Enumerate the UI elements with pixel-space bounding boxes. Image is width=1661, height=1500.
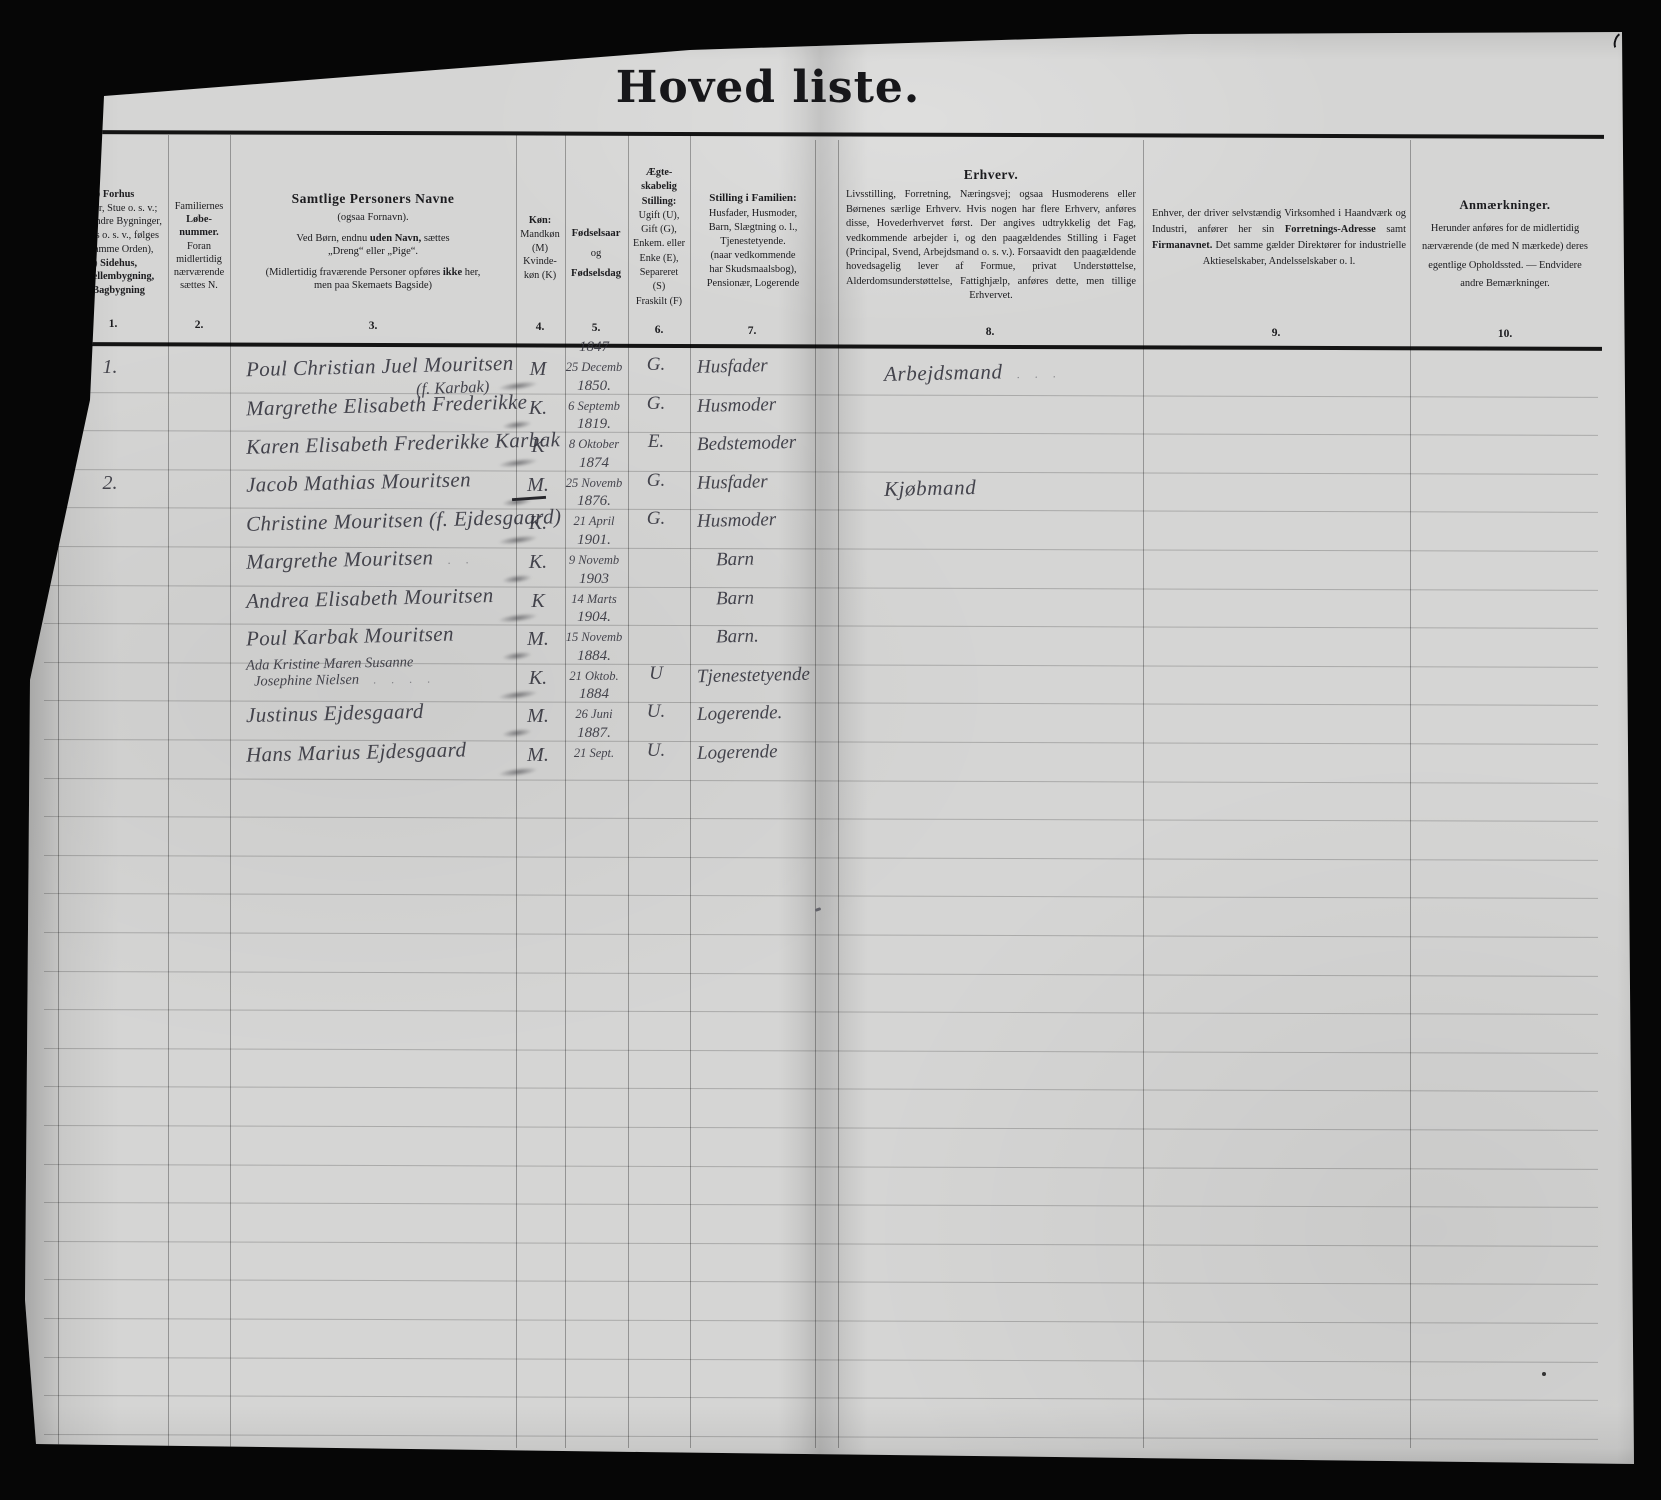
family-position: Barn: [716, 587, 754, 610]
header-cell-c5: FødselsaarogFødselsdag: [564, 224, 628, 284]
birth-year: 1887.: [562, 725, 626, 742]
scanned-census-page: Hoved liste. 1) Forhus(Kælder, Stue o. s…: [0, 0, 1661, 1500]
birth-date: 21 Oktob.: [560, 669, 628, 684]
header-cell-c6: Ægte-skabeligStilling:Ugift (U),Gift (G)…: [628, 166, 690, 309]
table-row: Margrethe Mouritsen. .K.1901.9 NovembBar…: [0, 546, 1661, 585]
sex-entry: K: [512, 590, 564, 613]
sex-entry: M.: [512, 705, 564, 728]
header-line: 4) Bagbygning: [62, 284, 164, 298]
birth-date: 21 Sept.: [560, 746, 628, 761]
row-line: [44, 1279, 1598, 1285]
table-row: Hans Marius EjdesgaardM.1887.21 Sept.U.L…: [0, 739, 1661, 778]
sex-entry: K: [512, 435, 564, 458]
birth-year: 1819.: [562, 416, 626, 433]
column-divider: [690, 135, 691, 1448]
sex-entry: K.: [512, 551, 564, 574]
header-line: den samme Orden),: [62, 243, 164, 257]
column-divider: [516, 135, 517, 1448]
column-divider: [628, 135, 629, 1448]
header-line: Gift (G),: [628, 223, 690, 237]
header-line: 3) Mellembygning,: [62, 270, 164, 284]
column-number: 1.: [91, 318, 135, 330]
table-row: 2.Jacob Mathias MouritsenM.187425 Novemb…: [0, 469, 1661, 508]
header-title: Samtlige Personers Navne: [240, 192, 506, 205]
column-number: 7.: [730, 325, 774, 337]
header-line: (Midlertidig fraværende Personer opføres…: [240, 266, 506, 279]
row-line: [44, 1318, 1598, 1324]
header-line: Enke (E),: [628, 252, 690, 266]
person-name-maiden: (f. Karbak): [416, 376, 490, 399]
header-line: (S): [628, 280, 690, 294]
person-name: Margrethe Mouritsen. .: [246, 544, 475, 575]
column-number: 6.: [637, 324, 681, 336]
row-line: [44, 893, 1598, 899]
ink-smudge: [502, 650, 533, 662]
family-position: Logerende: [697, 741, 778, 765]
row-line: [44, 1009, 1598, 1015]
header-line: Ved Børn, endnu uden Navn, sættes: [240, 232, 506, 245]
family-position: Logerende.: [697, 702, 783, 726]
header-line: og: [564, 244, 628, 264]
birth-year: 1847: [562, 339, 626, 356]
header-line: skabelig: [628, 180, 690, 194]
header-line: nærværende: [170, 266, 228, 279]
column-number: 4.: [518, 321, 562, 333]
column-divider: [168, 135, 169, 1448]
header-line: Ægte-: [628, 166, 690, 180]
row-line: [44, 1164, 1598, 1170]
header-line: Løbe-: [170, 213, 228, 226]
birth-year: 1884.: [562, 648, 626, 665]
header-line: midlertidig: [170, 253, 228, 266]
header-line: Fraskilt (F): [628, 295, 690, 309]
column-number: 2.: [177, 319, 221, 331]
header-body: Livsstilling, Forretning, Næringsvej; og…: [846, 188, 1136, 303]
family-position: Bedstemoder: [697, 432, 797, 456]
table-row: Poul Karbak MouritsenM.1904.15 NovembBar…: [0, 623, 1661, 662]
header-line: Tjenestetyende.: [691, 235, 815, 249]
table-row: Justinus EjdesgaardM.188426 JuniU.Logere…: [0, 700, 1661, 739]
birth-year: 1884: [562, 686, 626, 703]
header-line: Mandkøn: [514, 228, 566, 242]
header-cell-c8: Erhverv.Livsstilling, Forretning, Næring…: [846, 168, 1136, 304]
birth-year: 1874: [562, 455, 626, 472]
header-line: for de andre Bygninger,: [62, 215, 164, 229]
person-name: Jacob Mathias Mouritsen: [246, 467, 472, 497]
family-number: 1.: [86, 356, 134, 379]
sex-entry: M: [512, 358, 564, 381]
header-cell-c4: Køn:Mandkøn(M)Kvinde-køn (K): [514, 214, 566, 283]
header-line: har Skudsmaalsbog),: [691, 263, 815, 277]
occupation-entry: Kjøbmand: [884, 475, 977, 502]
row-line: [44, 971, 1598, 977]
header-line: Separeret: [628, 266, 690, 280]
header-line: Foran: [170, 240, 228, 253]
marital-status: U.: [626, 701, 686, 723]
marital-status: G.: [626, 470, 686, 492]
family-position: Husfader: [697, 471, 768, 495]
row-line: [44, 1434, 1598, 1440]
ink-smudge: [502, 728, 533, 740]
family-position: Husmoder: [697, 394, 777, 418]
header-body: Enhver, der driver selvstændig Virksomhe…: [1152, 206, 1406, 270]
header-line: Pensionær, Logerende: [691, 277, 815, 291]
sex-entry: M.: [512, 474, 564, 497]
column-number: 10.: [1483, 328, 1527, 340]
row-line: [44, 816, 1598, 822]
column-number: 5.: [574, 322, 618, 334]
birth-year: 1850.: [562, 378, 626, 395]
row-line: [44, 855, 1598, 861]
header-top-rule: [58, 130, 1604, 139]
marital-status: G.: [626, 354, 686, 376]
header-line: Familiernes: [170, 200, 228, 213]
birth-date: 15 Novemb: [560, 630, 628, 645]
header-line: „Dreng“ eller „Pige“.: [240, 245, 506, 258]
header-line: 2) Sidehus,: [62, 257, 164, 271]
table-row: Margrethe Elisabeth Frederikke(f. Karbak…: [0, 392, 1661, 431]
person-name: Andrea Elisabeth Mouritsen: [246, 583, 494, 614]
birth-date: 25 Novemb: [560, 476, 628, 491]
sex-entry: K.: [512, 512, 564, 535]
family-position: Barn.: [716, 626, 759, 649]
dot-leader: . . . .: [373, 671, 436, 686]
row-line: [44, 778, 1598, 784]
header-line: sættes N.: [170, 279, 228, 292]
header-cell-c9: Enhver, der driver selvstændig Virksomhe…: [1152, 206, 1406, 270]
sex-entry: K.: [512, 667, 564, 690]
row-line: [44, 1395, 1598, 1401]
header-spacer: [240, 259, 506, 266]
ink-smudge: [498, 611, 539, 624]
page-title: Hoved liste.: [518, 62, 1018, 113]
header-line: Barn, Slægtning o. l.,: [691, 221, 815, 235]
family-position: Barn: [716, 549, 754, 572]
header-line: Stilling i Familien:: [691, 191, 815, 205]
family-position: Husmoder: [697, 509, 777, 533]
header-cell-c10: Anmærkninger.Herunder anføres for de mid…: [1416, 196, 1594, 293]
header-cell-c1: 1) Forhus(Kælder, Stue o. s. v.;for de a…: [62, 188, 164, 298]
birth-date: 8 Oktober: [560, 437, 628, 452]
family-position: Tjenestetyende: [697, 664, 810, 689]
person-name: Hans Marius Ejdesgaard: [246, 737, 467, 767]
birth-year: 1903: [562, 571, 626, 588]
occupation-entry: Arbejdsmand. . .: [884, 358, 1062, 387]
header-bottom-rule: [58, 342, 1602, 350]
column-divider: [1410, 140, 1411, 1448]
header-spacer: [240, 225, 506, 232]
ink-smudge: [498, 688, 539, 701]
column-divider: [565, 135, 566, 1448]
sex-entry: M.: [512, 628, 564, 651]
column-divider: [230, 135, 231, 1448]
person-name: Justinus Ejdesgaard: [246, 699, 424, 728]
header-line: 1) Forhus: [62, 188, 164, 202]
column-divider: [838, 140, 839, 1448]
ink-smudge: [498, 766, 539, 779]
sex-entry: M.: [512, 744, 564, 767]
header-line: (naar vedkommende: [691, 249, 815, 263]
header-line: Køn:: [514, 214, 566, 228]
corner-ink-mark: [1611, 30, 1630, 53]
header-line: Enkem. eller: [628, 237, 690, 251]
row-line: [44, 1357, 1598, 1363]
ink-speck: [185, 62, 188, 65]
header-cell-c3: Samtlige Personers Navne(ogsaa Fornavn).…: [240, 192, 506, 292]
header-line: Sidehus o. s. v., følges: [62, 229, 164, 243]
marital-status: U: [626, 663, 686, 685]
row-line: [44, 932, 1598, 938]
header-line: Kvinde-: [514, 255, 566, 269]
birth-date: 6 Septemb: [560, 399, 628, 414]
table-row: 1.Poul Christian Juel MouritsenM184725 D…: [0, 353, 1661, 392]
table-row: Ada Kristine Maren SusanneJosephine Niel…: [0, 662, 1661, 701]
header-line: Fødselsaar: [564, 224, 628, 244]
header-line: (M): [514, 242, 566, 256]
row-line: [44, 1241, 1598, 1247]
ink-smudge: [502, 573, 533, 585]
marital-status: E.: [626, 431, 686, 453]
birth-year: 1901.: [562, 532, 626, 549]
column-divider: [815, 140, 816, 1448]
header-line: Fødselsdag: [564, 264, 628, 284]
ink-smudge: [498, 534, 539, 547]
header-title: Erhverv.: [846, 168, 1136, 182]
table-row: Andrea Elisabeth MouritsenK190314 MartsB…: [0, 585, 1661, 624]
header-line: Stilling:: [628, 195, 690, 209]
marital-status: G.: [626, 508, 686, 530]
row-line: [44, 1086, 1598, 1092]
header-line: køn (K): [514, 269, 566, 283]
ink-speck: [1542, 1372, 1546, 1376]
header-line: Husfader, Husmoder,: [691, 207, 815, 221]
header-line: Ugift (U),: [628, 209, 690, 223]
table-row: Karen Elisabeth Frederikke KarbakK1819.8…: [0, 430, 1661, 469]
column-divider: [1143, 140, 1144, 1448]
family-position: Husfader: [697, 355, 768, 379]
birth-date: 21 April: [560, 514, 628, 529]
header-cell-c7: Stilling i Familien:Husfader, Husmoder,B…: [691, 191, 815, 291]
birth-date: 9 Novemb: [560, 553, 628, 568]
column-divider: [58, 135, 59, 1448]
header-line: men paa Skemaets Bagside): [240, 279, 506, 292]
header-line: (ogsaa Fornavn).: [240, 211, 506, 224]
header-line: nummer.: [170, 226, 228, 239]
marital-status: U.: [626, 740, 686, 762]
birth-date: 25 Decemb: [560, 360, 628, 375]
column-number: 8.: [968, 326, 1012, 338]
family-number: 2.: [86, 472, 134, 495]
row-line: [44, 1125, 1598, 1131]
birth-date: 26 Juni: [560, 707, 628, 722]
ink-speck: [815, 907, 822, 912]
birth-date: 14 Marts: [560, 592, 628, 607]
row-line: [44, 1202, 1598, 1208]
row-line: [44, 1048, 1598, 1054]
person-name-line2: Josephine Nielsen. . . .: [254, 670, 436, 690]
header-title: Anmærkninger.: [1416, 196, 1594, 214]
table-row: Christine Mouritsen (f. Ejdesgaard)K.187…: [0, 507, 1661, 546]
header-cell-c2: FamiliernesLøbe-nummer.Foranmidlertidign…: [170, 200, 228, 292]
paper-sheet: Hoved liste. 1) Forhus(Kælder, Stue o. s…: [0, 0, 1661, 1500]
dot-leader: . . .: [1016, 366, 1061, 381]
marital-status: G.: [626, 393, 686, 415]
birth-year: 1904.: [562, 609, 626, 626]
header-body: Herunder anføres for de midlertidig nærv…: [1416, 220, 1594, 293]
column-number: 3.: [351, 320, 395, 332]
sex-entry: K.: [512, 397, 564, 420]
header-line: (Kælder, Stue o. s. v.;: [62, 202, 164, 216]
birth-year: 1876.: [562, 493, 626, 510]
person-name: Poul Karbak Mouritsen: [246, 622, 454, 652]
column-number: 9.: [1254, 327, 1298, 339]
dot-leader: . .: [447, 552, 474, 567]
ink-smudge: [498, 457, 539, 470]
